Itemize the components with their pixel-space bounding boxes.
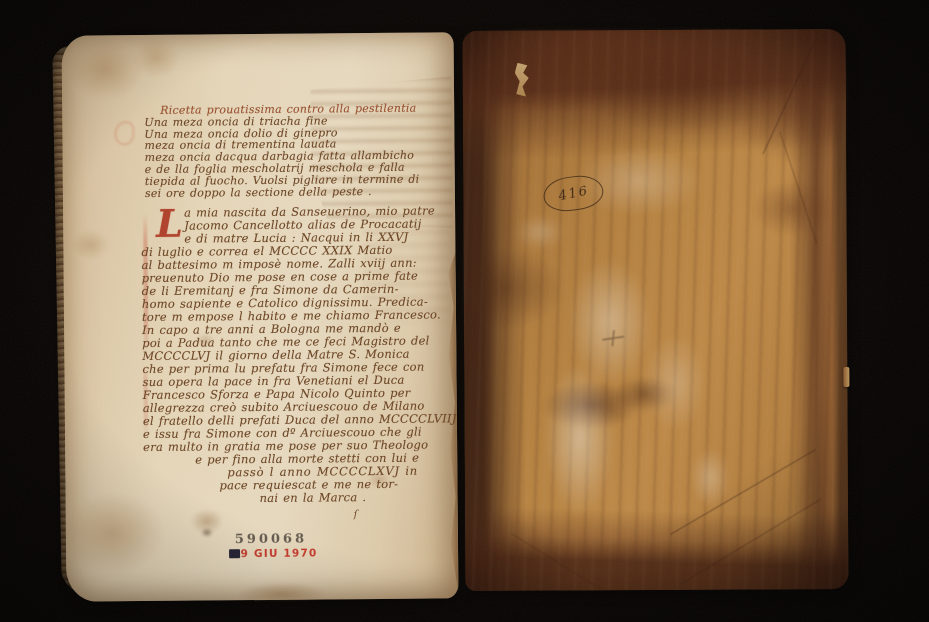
- recipe-text-block: Ricetta prouatissima contro alla pestile…: [144, 103, 419, 200]
- red-margin-curl: [114, 121, 134, 145]
- shelfmark-number: 416: [557, 183, 590, 204]
- abrasion-highlights: [463, 29, 849, 591]
- turn-in-crease: [779, 132, 817, 244]
- autobiography-text-block: a mia nascita da Sanseuerino, mio patreJ…: [141, 204, 457, 506]
- turn-in-crease: [763, 41, 816, 154]
- wood-grain-streaks: [463, 29, 849, 591]
- clasp-remnant: [843, 367, 849, 387]
- manuscript-line: sei ore doppo la sectione della peste .: [145, 185, 420, 199]
- oval-shelfmark: 416: [541, 173, 605, 214]
- date-stamp-text: 9 GIU 1970: [241, 548, 318, 561]
- manuscript-line: nai en la Marca .: [260, 490, 458, 505]
- catchword-mark: ſ: [354, 509, 358, 520]
- pencil-cross-mark: [602, 330, 624, 346]
- back-cover-board: 416: [463, 29, 849, 591]
- paper-remnant: [515, 63, 529, 97]
- accession-number-stamp: 590068: [206, 531, 336, 547]
- leather-stains: [463, 29, 849, 591]
- turn-in-crease: [511, 533, 601, 589]
- manuscript-page: Ricetta prouatissima contro alla pestile…: [62, 32, 459, 601]
- photograph: Ricetta prouatissima contro alla pestile…: [0, 0, 929, 622]
- library-date-stamp: 9 GIU 1970: [208, 547, 338, 560]
- turn-in-crease: [670, 449, 816, 535]
- turn-in-crease: [680, 499, 821, 585]
- ink-blot: [229, 549, 240, 558]
